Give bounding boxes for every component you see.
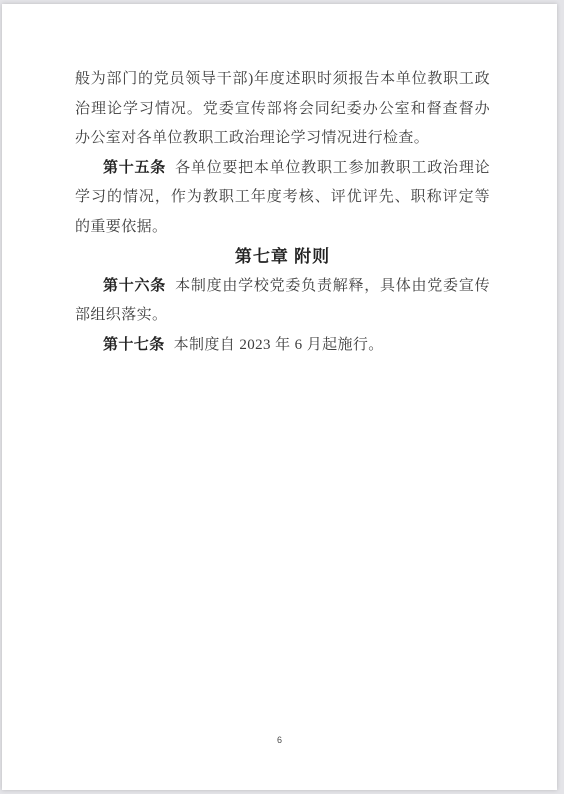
page-number: 6 <box>2 735 557 746</box>
document-page: 般为部门的党员领导干部)年度述职时须报告本单位教职工政治理论学习情况。党委宣传部… <box>2 4 557 790</box>
article-16-paragraph: 第十六条本制度由学校党委负责解释，具体由党委宣传部组织落实。 <box>75 272 490 331</box>
continuation-paragraph: 般为部门的党员领导干部)年度述职时须报告本单位教职工政治理论学习情况。党委宣传部… <box>75 65 490 154</box>
article-17-label: 第十七条 <box>103 337 165 353</box>
page-content: 般为部门的党员领导干部)年度述职时须报告本单位教职工政治理论学习情况。党委宣传部… <box>75 65 490 360</box>
article-15-paragraph: 第十五条各单位要把本单位教职工参加教职工政治理论学习的情况，作为教职工年度考核、… <box>75 154 490 243</box>
article-16-label: 第十六条 <box>103 278 166 294</box>
paragraph-text: 般为部门的党员领导干部)年度述职时须报告本单位教职工政治理论学习情况。党委宣传部… <box>75 71 490 146</box>
article-15-label: 第十五条 <box>103 160 166 176</box>
article-17-text: 本制度自 2023 年 6 月起施行。 <box>174 337 384 353</box>
chapter-heading: 第七章 附则 <box>75 242 490 272</box>
article-17-paragraph: 第十七条本制度自 2023 年 6 月起施行。 <box>75 331 490 361</box>
